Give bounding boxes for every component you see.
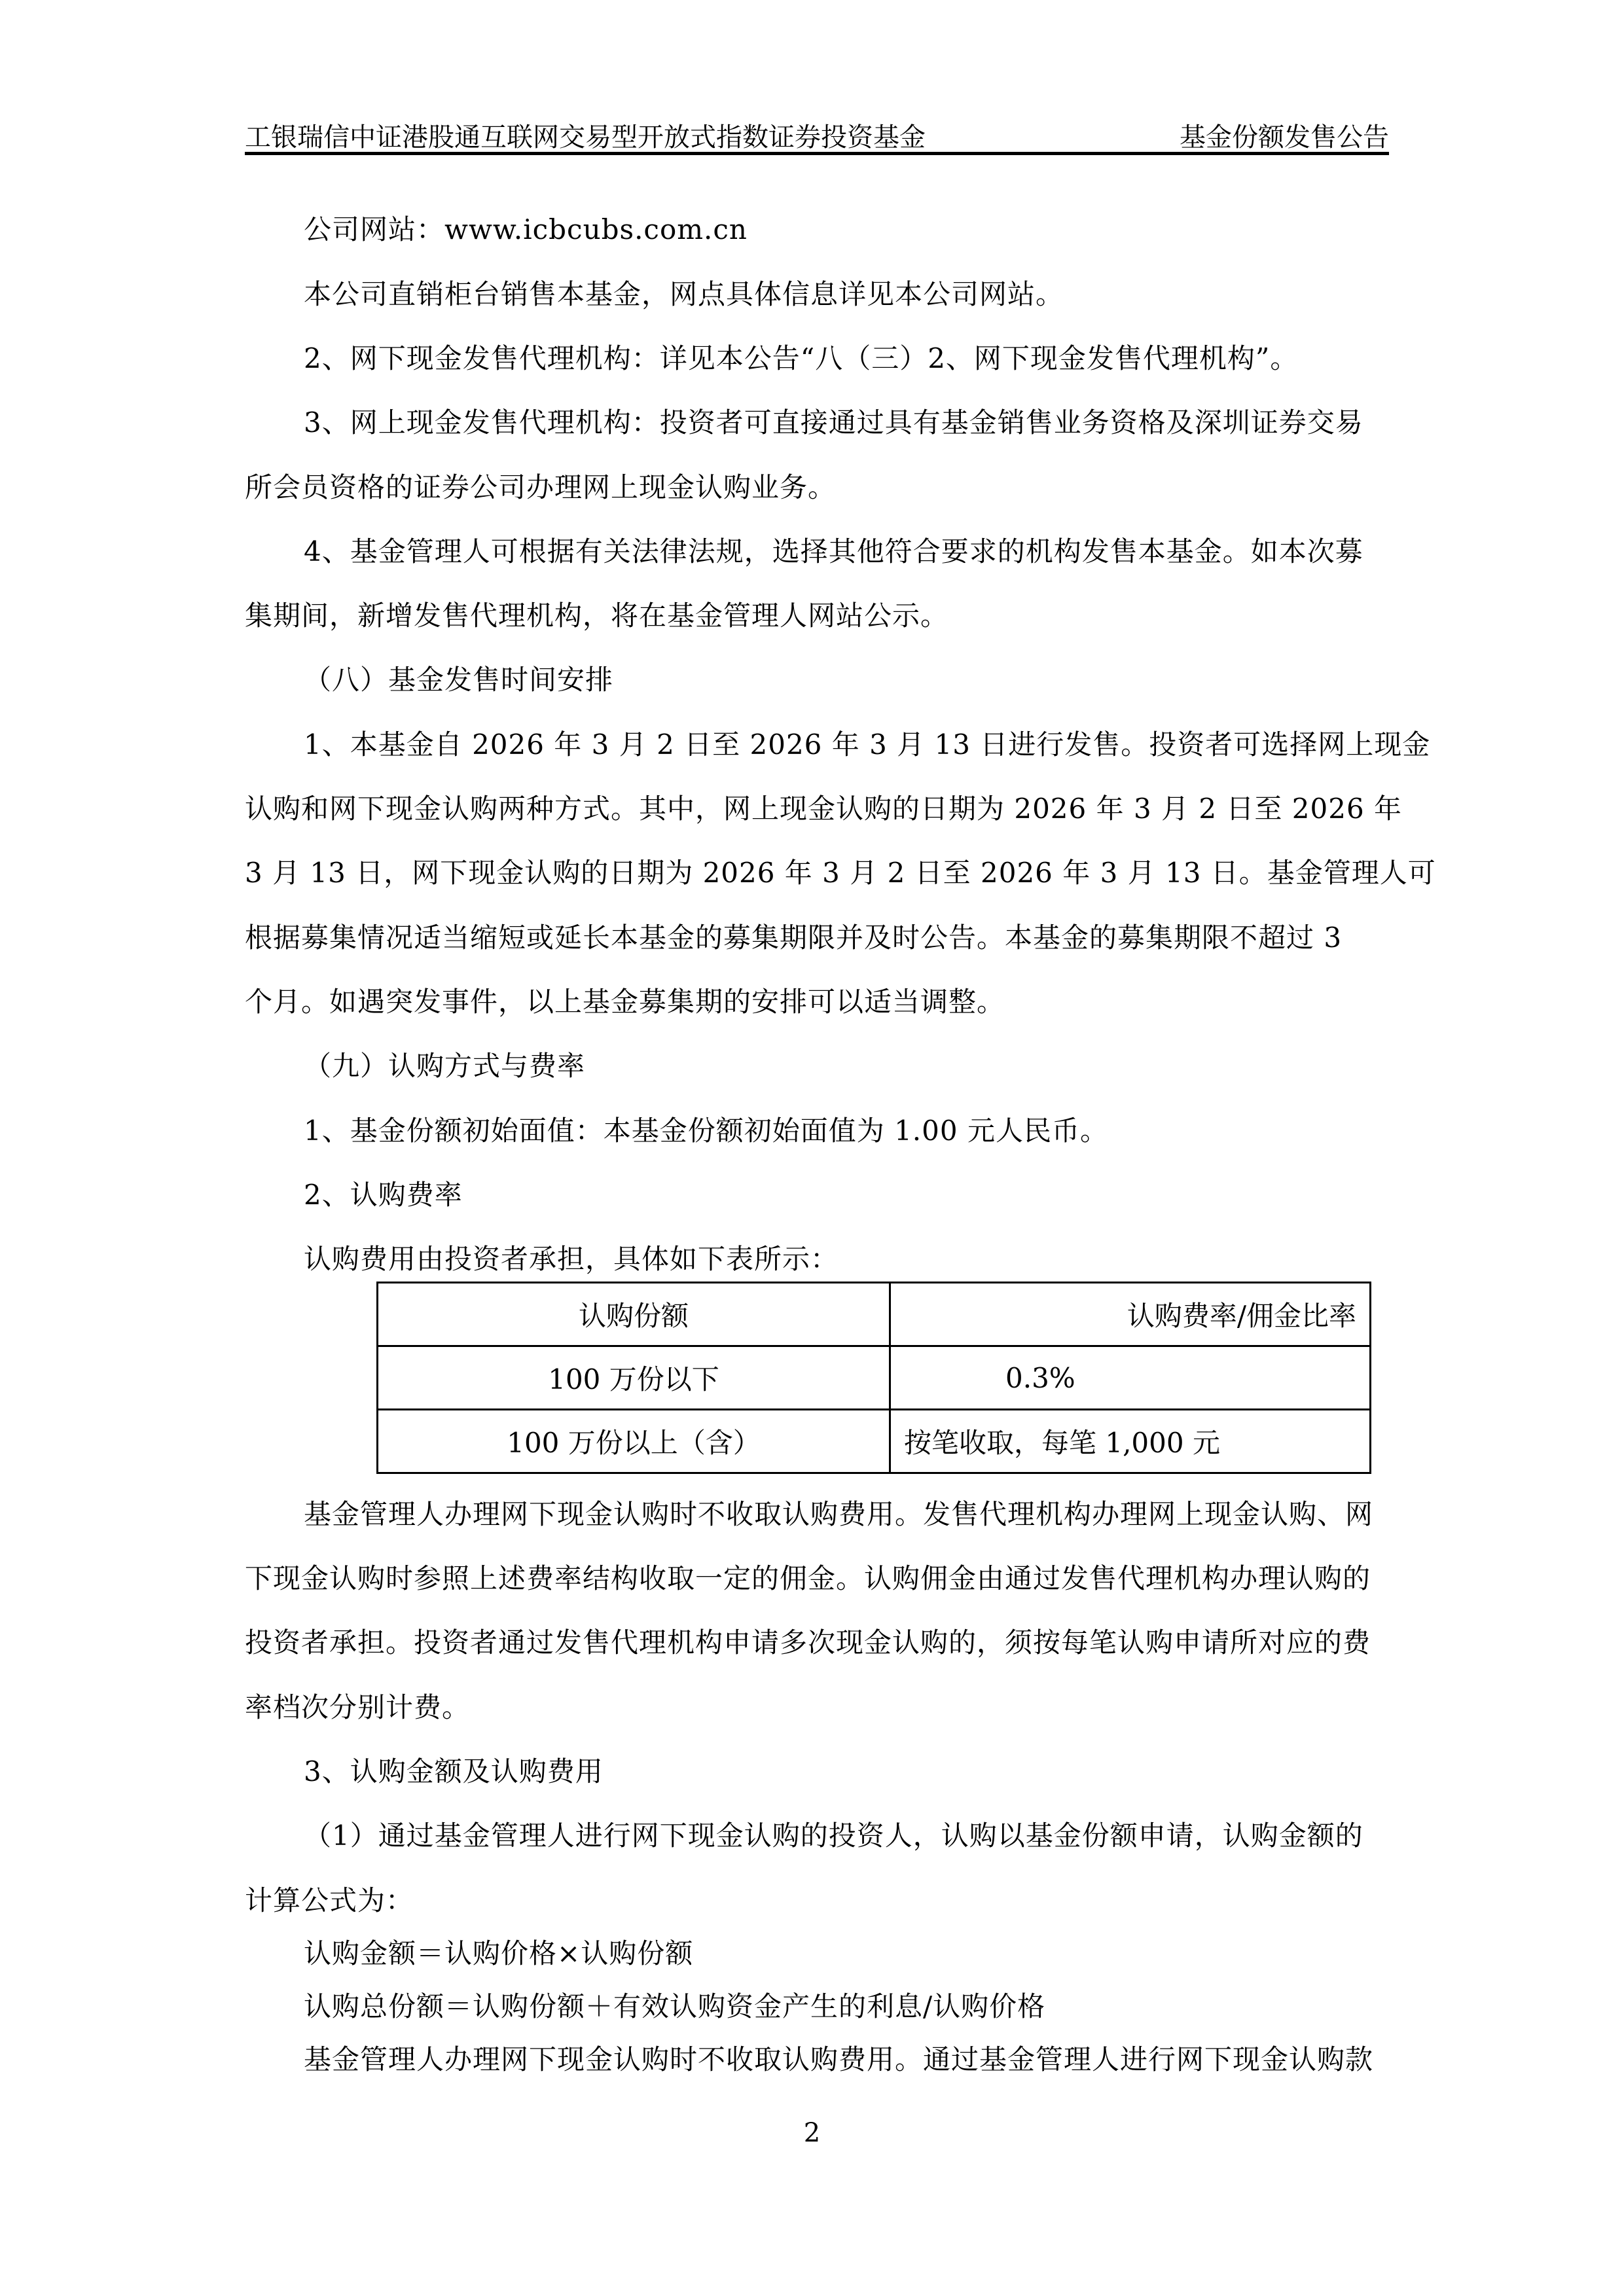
formula: 认购总份额＝认购份额＋有效认购资金产生的利息/认购价格 bbox=[304, 1985, 1045, 2024]
table-row: 100 万份以下 0.3% bbox=[378, 1346, 1371, 1410]
paragraph: 本公司直销柜台销售本基金，网点具体信息详见本公司网站。 bbox=[304, 273, 1064, 312]
paragraph: 2、网下现金发售代理机构：详见本公告“八（三）2、网下现金发售代理机构”。 bbox=[304, 337, 1298, 376]
paragraph: 1、基金份额初始面值：本基金份额初始面值为 1.00 元人民币。 bbox=[304, 1109, 1108, 1149]
paragraph: 所会员资格的证券公司办理网上现金认购业务。 bbox=[245, 466, 836, 505]
page-header: 工银瑞信中证港股通互联网交易型开放式指数证券投资基金 基金份额发售公告 bbox=[245, 111, 1389, 153]
paragraph: 下现金认购时参照上述费率结构收取一定的佣金。认购佣金由通过发售代理机构办理认购的 bbox=[245, 1557, 1371, 1596]
table-cell: 0.3% bbox=[890, 1346, 1371, 1410]
paragraph: （1）通过基金管理人进行网下现金认购的投资人，认购以基金份额申请，认购金额的 bbox=[304, 1814, 1363, 1854]
paragraph: 认购费用由投资者承担，具体如下表所示： bbox=[304, 1238, 839, 1277]
paragraph: 公司网站：www.icbcubs.com.cn bbox=[304, 208, 748, 247]
paragraph: 率档次分别计费。 bbox=[245, 1686, 470, 1725]
paragraph: 根据募集情况适当缩短或延长本基金的募集期限并及时公告。本基金的募集期限不超过 3 bbox=[245, 916, 1342, 956]
table-cell: 按笔收取，每笔 1,000 元 bbox=[890, 1410, 1371, 1473]
paragraph: 集期间，新增发售代理机构，将在基金管理人网站公示。 bbox=[245, 594, 948, 634]
paragraph: 计算公式为： bbox=[245, 1879, 414, 1918]
page-number: 2 bbox=[0, 2118, 1624, 2148]
table-header-cell: 认购费率/佣金比率 bbox=[890, 1283, 1371, 1346]
subscription-fee-table: 认购份额 认购费率/佣金比率 100 万份以下 0.3% 100 万份以上（含）… bbox=[376, 1282, 1371, 1474]
table-header-cell: 认购份额 bbox=[378, 1283, 890, 1346]
section-heading: （九）认购方式与费率 bbox=[304, 1045, 585, 1084]
paragraph: 3、网上现金发售代理机构：投资者可直接通过具有基金销售业务资格及深圳证券交易 bbox=[304, 401, 1363, 440]
paragraph: 基金管理人办理网下现金认购时不收取认购费用。通过基金管理人进行网下现金认购款 bbox=[304, 2038, 1373, 2077]
paragraph: 2、认购费率 bbox=[304, 1174, 463, 1213]
paragraph: 认购和网下现金认购两种方式。其中，网上现金认购的日期为 2026 年 3 月 2… bbox=[245, 787, 1402, 827]
table-header-row: 认购份额 认购费率/佣金比率 bbox=[378, 1283, 1371, 1346]
paragraph: 4、基金管理人可根据有关法律法规，选择其他符合要求的机构发售本基金。如本次募 bbox=[304, 530, 1363, 569]
table-cell: 100 万份以下 bbox=[378, 1346, 890, 1410]
header-fund-name: 工银瑞信中证港股通互联网交易型开放式指数证券投资基金 bbox=[245, 117, 926, 154]
section-heading: （八）基金发售时间安排 bbox=[304, 658, 613, 698]
header-doc-type: 基金份额发售公告 bbox=[1180, 117, 1389, 154]
table-cell: 100 万份以上（含） bbox=[378, 1410, 890, 1473]
formula: 认购金额＝认购价格×认购份额 bbox=[304, 1932, 693, 1971]
header-divider bbox=[245, 152, 1389, 155]
paragraph: 基金管理人办理网下现金认购时不收取认购费用。发售代理机构办理网上现金认购、网 bbox=[304, 1493, 1373, 1532]
paragraph: 1、本基金自 2026 年 3 月 2 日至 2026 年 3 月 13 日进行… bbox=[304, 723, 1430, 762]
paragraph: 个月。如遇突发事件，以上基金募集期的安排可以适当调整。 bbox=[245, 980, 1005, 1020]
table-row: 100 万份以上（含） 按笔收取，每笔 1,000 元 bbox=[378, 1410, 1371, 1473]
paragraph: 3、认购金额及认购费用 bbox=[304, 1750, 604, 1789]
paragraph: 投资者承担。投资者通过发售代理机构申请多次现金认购的，须按每笔认购申请所对应的费 bbox=[245, 1621, 1371, 1660]
paragraph: 3 月 13 日，网下现金认购的日期为 2026 年 3 月 2 日至 2026… bbox=[245, 852, 1436, 891]
